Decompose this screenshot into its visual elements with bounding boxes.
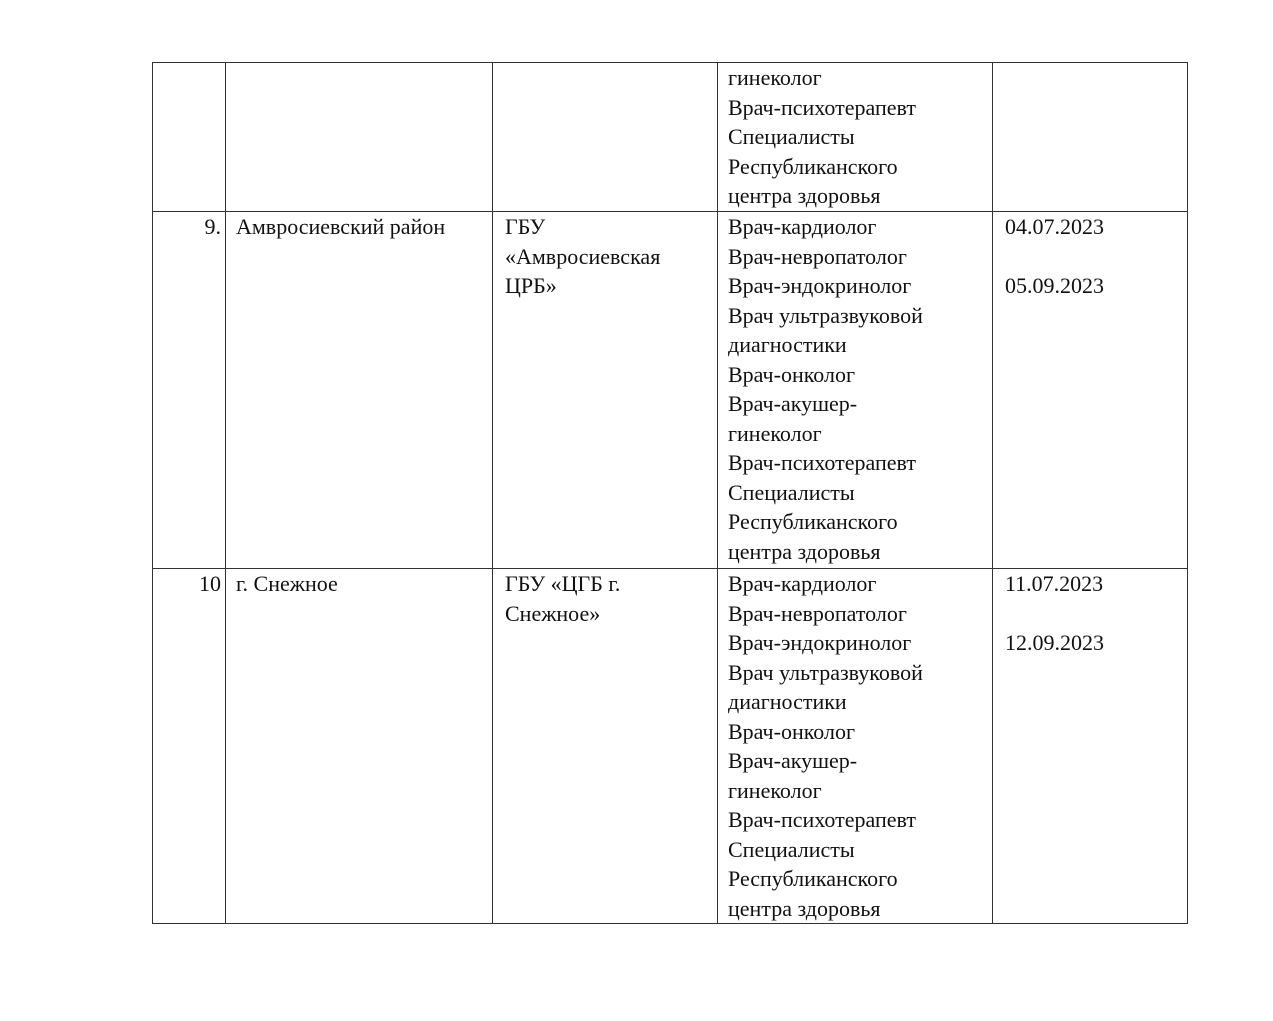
institution-line: ЦРБ» [505,271,711,301]
specialists-line: Республиканского [728,864,986,894]
row-number: 10 [153,569,226,924]
specialists-line: Республиканского [728,507,986,537]
specialists-line: Врач-акушер- [728,389,986,419]
specialists-line: Врач-эндокринолог [728,271,986,301]
specialists-line: Врач-онколог [728,717,986,747]
specialists-line: диагностики [728,687,986,717]
specialists-line: Республиканского [728,152,986,182]
specialists-line: диагностики [728,330,986,360]
row-number [153,63,226,212]
district-cell: Амвросиевский район [226,212,493,569]
institution-cell [493,63,718,212]
specialists-line: Врач-акушер- [728,746,986,776]
specialists-line: Специалисты [728,478,986,508]
specialists-line: Врач-онколог [728,360,986,390]
specialists-line: Врач-невропатолог [728,599,986,629]
dates-line: 05.09.2023 [1005,271,1181,301]
specialists-line: Врач-кардиолог [728,212,986,242]
specialists-line: Врач-психотерапевт [728,93,986,123]
specialists-cell: гинекологВрач-психотерапевтСпециалистыРе… [718,63,993,212]
specialists-line: Врач-психотерапевт [728,805,986,835]
table-row: гинекологВрач-психотерапевтСпециалистыРе… [153,63,1188,212]
institution-cell: ГБУ «ЦГБ г.Снежное» [493,569,718,924]
specialists-line: Врач-кардиолог [728,569,986,599]
institution-line: ГБУ [505,212,711,242]
dates-cell [993,63,1188,212]
dates-line: 11.07.2023 [1005,569,1181,599]
institution-line: ГБУ «ЦГБ г. [505,569,711,599]
specialists-line: Врач-психотерапевт [728,448,986,478]
dates-line: 04.07.2023 [1005,212,1181,242]
specialists-line: Врач ультразвуковой [728,658,986,688]
specialists-line: центра здоровья [728,894,986,924]
specialists-line: Специалисты [728,122,986,152]
specialists-line: центра здоровья [728,181,986,211]
specialists-line: гинеколог [728,776,986,806]
specialists-line: Врач-невропатолог [728,242,986,272]
specialists-line: Специалисты [728,835,986,865]
institution-cell: ГБУ«АмвросиевскаяЦРБ» [493,212,718,569]
specialists-line: центра здоровья [728,537,986,567]
specialists-line: гинеколог [728,63,986,93]
table-row: 10г. СнежноеГБУ «ЦГБ г.Снежное»Врач-кард… [153,569,1188,924]
row-number: 9. [153,212,226,569]
district-cell [226,63,493,212]
specialists-line: гинеколог [728,419,986,449]
dates-cell: 11.07.202312.09.2023 [993,569,1188,924]
institution-line: «Амвросиевская [505,242,711,272]
specialists-line: Врач-эндокринолог [728,628,986,658]
dates-cell: 04.07.202305.09.2023 [993,212,1188,569]
specialists-cell: Врач-кардиологВрач-невропатологВрач-эндо… [718,569,993,924]
schedule-table: гинекологВрач-психотерапевтСпециалистыРе… [152,62,1188,924]
specialists-line: Врач ультразвуковой [728,301,986,331]
district-cell: г. Снежное [226,569,493,924]
institution-line: Снежное» [505,599,711,629]
table-row: 9.Амвросиевский районГБУ«АмвросиевскаяЦР… [153,212,1188,569]
dates-line: 12.09.2023 [1005,628,1181,658]
specialists-cell: Врач-кардиологВрач-невропатологВрач-эндо… [718,212,993,569]
